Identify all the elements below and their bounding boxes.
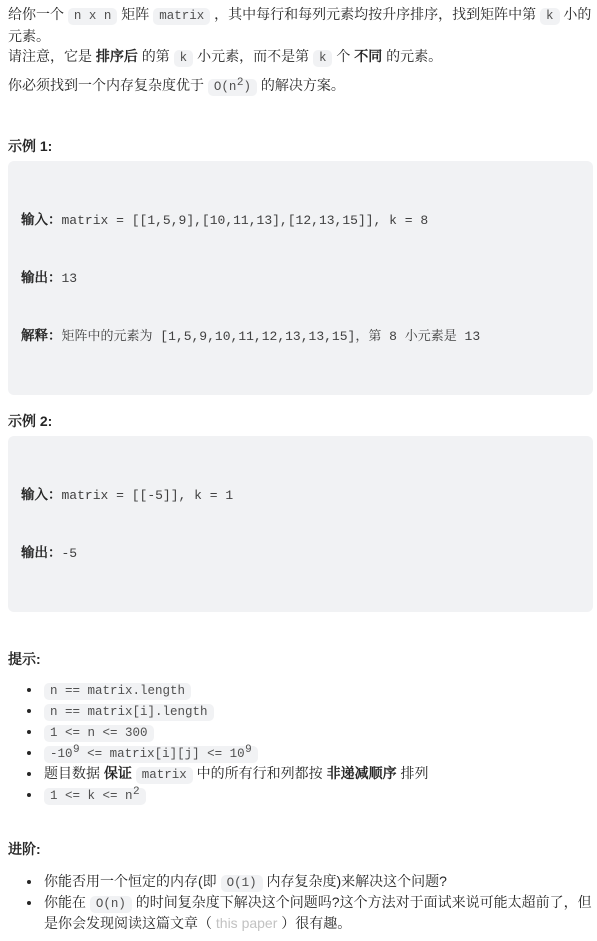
superscript: 2 — [133, 786, 140, 798]
inline-code: 1 <= k <= n2 — [44, 788, 146, 805]
example-1-explanation-line: 解释：矩阵中的元素为 [1,5,9,10,11,12,13,13,15]，第 8… — [21, 326, 580, 346]
inline-code: n == matrix.length — [44, 683, 191, 700]
constraint-item-sorted-guarantee: 题目数据 保证 matrix 中的所有行和列都按 非递减顺序 排列 — [42, 764, 593, 785]
example-1-input-line: 输入：matrix = [[1,5,9],[10,11,13],[12,13,1… — [21, 210, 580, 230]
inline-code: O(n) — [90, 896, 132, 913]
text-segment: 中的所有行和列都按 — [193, 765, 327, 781]
text-segment: 排列 — [397, 765, 429, 781]
superscript: 9 — [73, 744, 80, 756]
constraint-item-n-range: 1 <= n <= 300 — [42, 722, 593, 743]
constraints-list: n == matrix.length n == matrix[i].length… — [8, 680, 593, 806]
inline-code: k — [313, 50, 333, 67]
inline-code: O(n2) — [208, 79, 257, 96]
superscript: 9 — [245, 744, 252, 756]
followup-item-constant-memory: 你能否用一个恒定的内存(即 O(1) 内存复杂度)来解决这个问题? — [42, 872, 593, 893]
paper-link[interactable]: this paper — [216, 915, 277, 931]
text-segment: <= matrix[i][j] <= 10 — [80, 747, 245, 761]
inline-code: -109 <= matrix[i][j] <= 109 — [44, 746, 258, 763]
followup-heading: 进阶: — [8, 839, 593, 859]
text-segment: matrix = [[1,5,9],[10,11,13],[12,13,15]]… — [62, 213, 429, 228]
text-segment: 给你一个 — [8, 6, 68, 22]
text-segment: 你能在 — [44, 894, 90, 910]
example-1-heading: 示例 1: — [8, 136, 593, 156]
example-1-output-line: 输出：13 — [21, 268, 580, 288]
inline-code: O(1) — [221, 875, 263, 892]
superscript: 2 — [237, 77, 244, 89]
inline-code: k — [174, 50, 194, 67]
inline-code: n == matrix[i].length — [44, 704, 214, 721]
bold-text: 输出： — [21, 270, 62, 285]
text-segment: ，其中每行和每列元素均按升序排序，找到矩阵中第 — [210, 6, 540, 22]
text-segment: 13 — [62, 271, 78, 286]
text-segment: matrix = [[-5]], k = 1 — [62, 488, 234, 503]
text-segment: 的第 — [138, 48, 174, 64]
example-1-block: 输入：matrix = [[1,5,9],[10,11,13],[12,13,1… — [8, 161, 593, 395]
text-segment: 矩阵 — [117, 6, 153, 22]
constraint-item-value-range: -109 <= matrix[i][j] <= 109 — [42, 743, 593, 764]
inline-code: k — [540, 8, 560, 25]
text-segment: 个 — [332, 48, 354, 64]
problem-description-page: 给你一个 n x n 矩阵 matrix ，其中每行和每列元素均按升序排序，找到… — [0, 0, 597, 941]
text-segment: 请注意，它是 — [8, 48, 96, 64]
bold-text: 排序后 — [96, 48, 138, 64]
followup-list: 你能否用一个恒定的内存(即 O(1) 内存复杂度)来解决这个问题? 你能在 O(… — [8, 872, 593, 933]
text-segment: -10 — [50, 747, 73, 761]
text-segment: 内存复杂度)来解决这个问题? — [263, 873, 447, 889]
constraints-heading: 提示: — [8, 649, 593, 669]
bold-text: 解释： — [21, 328, 62, 343]
example-2-block: 输入：matrix = [[-5]], k = 1 输出：-5 — [8, 436, 593, 612]
text-segment: 1 <= k <= n — [50, 789, 133, 803]
text-segment: ）很有趣。 — [277, 915, 351, 931]
bold-text: 输出： — [21, 545, 62, 560]
constraint-item-k-range: 1 <= k <= n2 — [42, 785, 593, 806]
text-segment: 的元素。 — [382, 48, 442, 64]
text-segment: 的解决方案。 — [257, 77, 345, 93]
example-2-input-line: 输入：matrix = [[-5]], k = 1 — [21, 485, 580, 505]
constraint-item-n-cols: n == matrix[i].length — [42, 701, 593, 722]
bold-text: 非递减顺序 — [327, 765, 397, 781]
followup-item-linear-time: 你能在 O(n) 的时间复杂度下解决这个问题吗?这个方法对于面试来说可能太超前了… — [42, 893, 593, 933]
example-2-heading: 示例 2: — [8, 411, 593, 431]
constraint-item-n-rows: n == matrix.length — [42, 680, 593, 701]
text-segment: ) — [244, 80, 252, 94]
memory-constraint-statement: 你必须找到一个内存复杂度优于 O(n2) 的解决方案。 — [8, 75, 593, 97]
bold-text: 保证 — [104, 765, 132, 781]
bold-text: 输入： — [21, 212, 62, 227]
inline-code: 1 <= n <= 300 — [44, 725, 154, 742]
bold-text: 输入： — [21, 487, 62, 502]
text-segment: O(n — [214, 80, 237, 94]
example-2-output-line: 输出：-5 — [21, 543, 580, 563]
text-segment: 矩阵中的元素为 [1,5,9,10,11,12,13,13,15]，第 8 小元… — [62, 329, 481, 344]
text-segment: 题目数据 — [44, 765, 104, 781]
text-segment: 小元素，而不是第 — [193, 48, 313, 64]
bold-text: 不同 — [354, 48, 382, 64]
text-segment: 你能否用一个恒定的内存(即 — [44, 873, 221, 889]
text-segment: 你必须找到一个内存复杂度优于 — [8, 77, 208, 93]
inline-code: matrix — [136, 767, 193, 784]
problem-statement: 给你一个 n x n 矩阵 matrix ，其中每行和每列元素均按升序排序，找到… — [8, 4, 593, 68]
inline-code: n x n — [68, 8, 118, 25]
inline-code: matrix — [153, 8, 210, 25]
text-segment: -5 — [62, 546, 78, 561]
